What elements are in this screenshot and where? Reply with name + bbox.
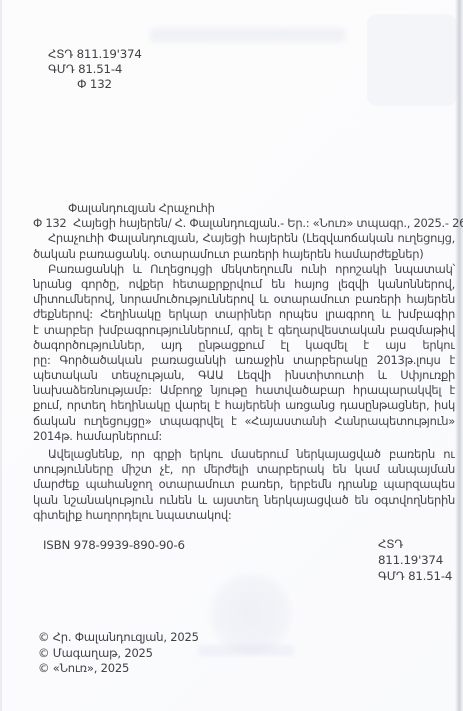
copyright-author: © Հր. Փալանդուզյան, 2025	[38, 630, 199, 646]
annotation-line: նրանց գործը, ովքեր հետաքրքրվում են հայոց…	[33, 277, 455, 292]
annotation-line: րը: Գործածական բառացանկի առաջին տարբերակ…	[33, 353, 455, 368]
annotation-line: քում, որտեղ հեղինակը վարել է հայերենի առ…	[33, 398, 455, 413]
annotation-line: մարժեք պահանջող օտարամուտ բառեր, երբեմն …	[33, 477, 455, 492]
catalog-author: Փալանդուզյան Հրաչուհի	[68, 201, 455, 216]
annotation-line: 2014թ. համարներում:	[33, 429, 455, 444]
annotation-line: է տարբեր խմբագրություններում, գրել է գեղ…	[33, 323, 455, 338]
annotation-line: տությունները միշտ չէ, որ մերժելի տարբերա…	[33, 462, 455, 477]
annotation-line: գիտելիք հաղորդելու նպատակով:	[33, 508, 455, 523]
annotation-line: նախաձեռնությամբ: Ամբողջ նյութը հատվածաբա…	[33, 383, 455, 398]
showthrough-title-smudge	[150, 28, 345, 42]
annotation-line: միտումներով, նորամուծություններով և օտար…	[33, 292, 455, 307]
htd-code: ՀՏԴ 811.19'374	[378, 536, 455, 568]
page-edge-shadow	[455, 0, 463, 711]
copyright-nur: © «Նուռ», 2025	[38, 661, 199, 677]
catalog-desc-line: ծական բառացանկ. օտարամուտ բառերի հայերեն…	[33, 247, 455, 262]
annotation-line: ծագործություններ, այդ ընթացքում էլ կազմե…	[33, 338, 455, 353]
annotation-line: Ավելացնենք, որ գրքի երկու մասերում ներկա…	[33, 447, 455, 462]
annotation-line: ճական ուղեցույցը» տպագրվել է «Հայաստանի …	[33, 414, 455, 429]
showthrough-rectangle	[367, 14, 457, 106]
copyright-block: © Հր. Փալանդուզյան, 2025 © Մագաղաթ, 2025…	[38, 630, 199, 677]
gmd-code: ԳՄԴ 81.51-4	[378, 568, 455, 584]
copyright-magaghat: © Մագաղաթ, 2025	[38, 646, 199, 662]
page-left-edge	[0, 0, 2, 711]
annotation-line: պետական տեսչության, ԳԱԱ Լեզվի ինստիտուտի…	[33, 368, 455, 383]
top-classification-codes: ՀՏԴ 811.19'374 ԳՄԴ 81.51-4 Փ 132	[48, 47, 142, 93]
showthrough-text-smudge	[198, 645, 294, 656]
annotation-line: ժեքներով: Հեղինակը երկար տարիներ որպես լ…	[33, 307, 455, 322]
catalog-entry: Փ 132 Հայեցի հայերեն/ Հ. Փալանդուզյան.- …	[33, 216, 455, 231]
annotation-line: կան նշանակություն ունեն և այստեղ ներկայա…	[33, 493, 455, 508]
catalog-desc-line: Հրաչուհի Փալանդուզյան, Հայեցի հայերեն (Լ…	[33, 231, 455, 246]
htd-code: ՀՏԴ 811.19'374	[48, 47, 142, 62]
showthrough-stamp	[205, 572, 297, 656]
main-text-block: Փալանդուզյան Հրաչուհի Փ 132 Հայեցի հայեր…	[33, 201, 455, 523]
annotation-line: Բառացանկի և Ուղեցույցի մեկտեղումն ունի ո…	[33, 262, 455, 277]
book-imprint-page: ՀՏԴ 811.19'374 ԳՄԴ 81.51-4 Փ 132 Փալանդո…	[0, 0, 463, 711]
isbn-number: ISBN 978-9939-890-90-6	[43, 538, 185, 552]
author-mark-code: Փ 132	[77, 77, 142, 92]
bottom-classification-codes: ՀՏԴ 811.19'374 ԳՄԴ 81.51-4	[378, 536, 455, 584]
gmd-code: ԳՄԴ 81.51-4	[48, 62, 142, 77]
